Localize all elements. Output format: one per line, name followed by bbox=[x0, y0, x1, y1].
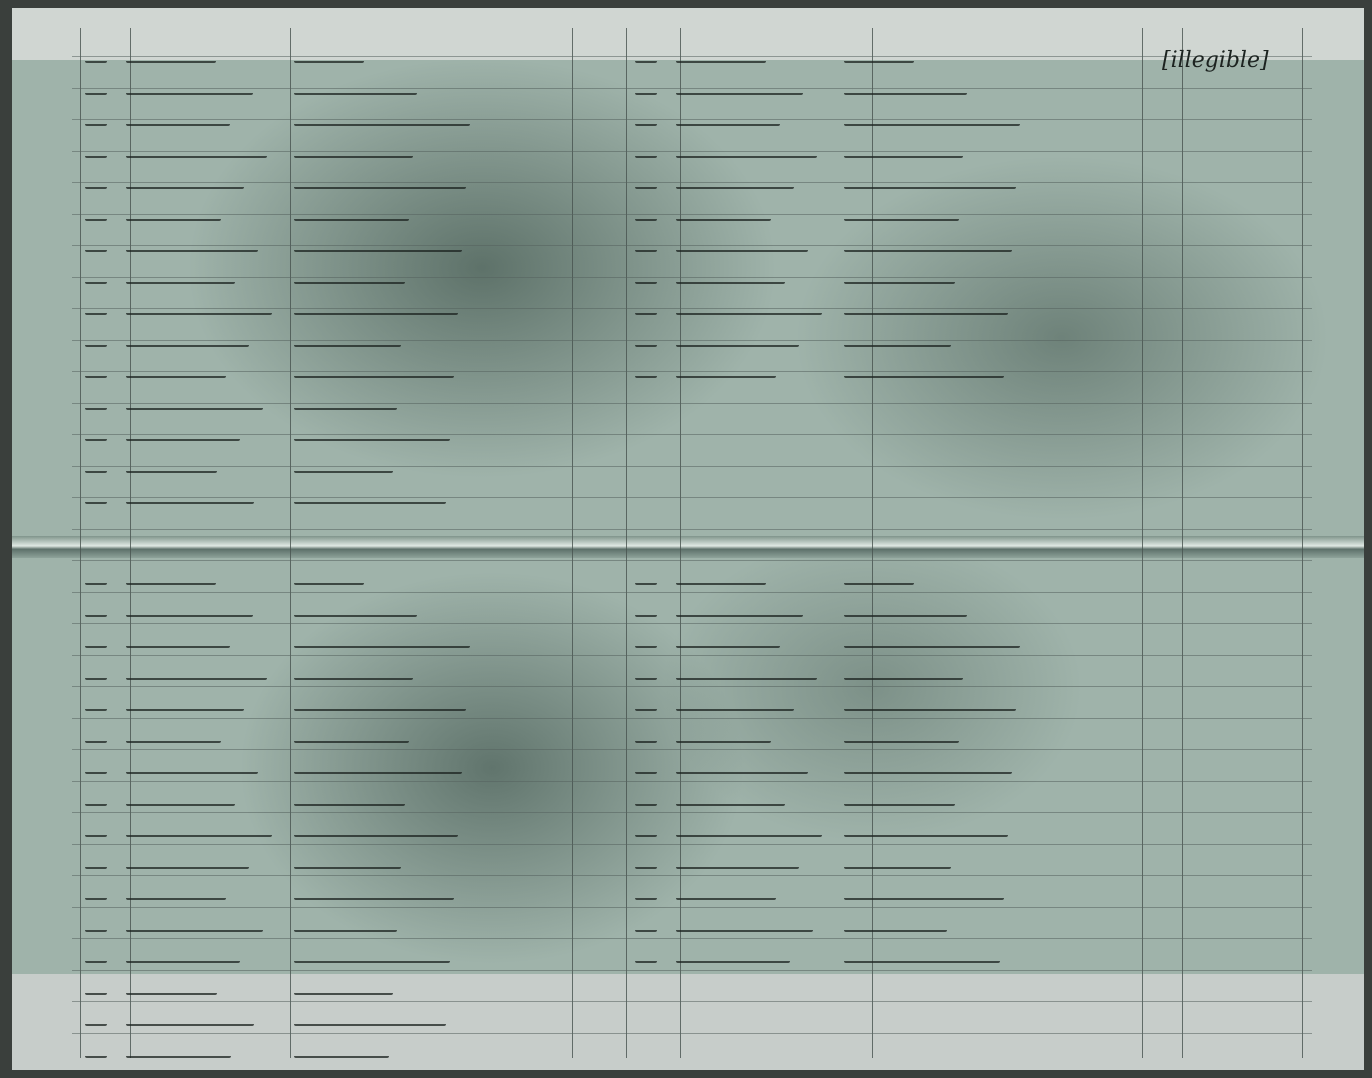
entry-note bbox=[286, 236, 484, 256]
entry-note bbox=[836, 173, 1034, 193]
entry-note bbox=[286, 331, 484, 351]
ledger-row bbox=[622, 168, 1034, 198]
entry-name bbox=[120, 173, 286, 193]
entry-name bbox=[670, 142, 836, 162]
entry-note bbox=[286, 695, 484, 715]
row-number bbox=[622, 853, 670, 873]
entry-note bbox=[286, 362, 484, 382]
ledger-row bbox=[72, 105, 484, 135]
ledger-row bbox=[622, 816, 1034, 846]
ledger-row bbox=[622, 42, 1034, 72]
entry-name bbox=[120, 758, 286, 778]
entry-note bbox=[286, 394, 484, 414]
row-number bbox=[72, 331, 120, 351]
ledger-row bbox=[622, 294, 1034, 324]
ledger-row bbox=[72, 911, 484, 941]
ledger-row bbox=[622, 627, 1034, 657]
row-number bbox=[72, 425, 120, 445]
ledger-row bbox=[72, 974, 484, 1004]
entry-note bbox=[286, 205, 484, 225]
entry-name bbox=[670, 268, 836, 288]
entry-name bbox=[120, 821, 286, 841]
entry-note bbox=[286, 727, 484, 747]
row-number bbox=[72, 236, 120, 256]
entry-name bbox=[120, 79, 286, 99]
entry-note bbox=[286, 790, 484, 810]
entry-note bbox=[286, 758, 484, 778]
entry-name bbox=[670, 362, 836, 382]
ledger-row bbox=[622, 722, 1034, 752]
row-number bbox=[72, 853, 120, 873]
ledger-row bbox=[72, 452, 484, 482]
ledger-row bbox=[72, 326, 484, 356]
row-number bbox=[622, 299, 670, 319]
ledger-row bbox=[622, 942, 1034, 972]
row-number bbox=[72, 821, 120, 841]
ledger-row bbox=[622, 596, 1034, 626]
entry-note bbox=[286, 299, 484, 319]
ledger-row bbox=[72, 659, 484, 689]
entry-name bbox=[120, 790, 286, 810]
ledger-row bbox=[72, 200, 484, 230]
row-number bbox=[622, 790, 670, 810]
entry-name bbox=[120, 268, 286, 288]
row-number bbox=[72, 173, 120, 193]
entry-note bbox=[286, 569, 484, 589]
row-number bbox=[72, 110, 120, 130]
entry-name bbox=[670, 79, 836, 99]
entry-name bbox=[120, 205, 286, 225]
entry-name bbox=[670, 331, 836, 351]
entry-note bbox=[836, 569, 1034, 589]
entry-name bbox=[670, 695, 836, 715]
row-number bbox=[72, 979, 120, 999]
row-number bbox=[622, 947, 670, 967]
entry-name bbox=[120, 425, 286, 445]
entry-note bbox=[836, 821, 1034, 841]
row-number bbox=[622, 632, 670, 652]
row-number bbox=[622, 110, 670, 130]
ledger-row bbox=[72, 294, 484, 324]
entry-note bbox=[286, 853, 484, 873]
ledger-row bbox=[72, 1005, 484, 1035]
ledger-row bbox=[622, 231, 1034, 261]
entry-note bbox=[286, 110, 484, 130]
entry-note bbox=[836, 205, 1034, 225]
row-number bbox=[72, 664, 120, 684]
row-number bbox=[622, 821, 670, 841]
ledger-row bbox=[72, 690, 484, 720]
entry-name bbox=[120, 664, 286, 684]
entry-note bbox=[836, 758, 1034, 778]
ledger-row bbox=[72, 483, 484, 513]
ledger-row bbox=[72, 627, 484, 657]
entry-note bbox=[286, 457, 484, 477]
entry-name bbox=[670, 664, 836, 684]
ledger-row bbox=[72, 357, 484, 387]
entry-note bbox=[836, 727, 1034, 747]
row-number bbox=[622, 916, 670, 936]
fold-crease bbox=[12, 536, 1364, 558]
entry-name bbox=[120, 362, 286, 382]
entry-note bbox=[286, 884, 484, 904]
entry-note bbox=[286, 1042, 484, 1062]
ledger-row bbox=[72, 753, 484, 783]
entry-name bbox=[670, 727, 836, 747]
row-number bbox=[72, 632, 120, 652]
entry-name bbox=[670, 821, 836, 841]
ledger-row bbox=[72, 74, 484, 104]
row-number bbox=[72, 1010, 120, 1030]
entry-note bbox=[286, 821, 484, 841]
entry-note bbox=[286, 268, 484, 288]
ledger-row bbox=[622, 564, 1034, 594]
row-number bbox=[622, 664, 670, 684]
entry-name bbox=[120, 884, 286, 904]
entry-note bbox=[836, 632, 1034, 652]
entry-name bbox=[670, 632, 836, 652]
row-number bbox=[72, 758, 120, 778]
entry-name bbox=[120, 1042, 286, 1062]
entry-name bbox=[120, 457, 286, 477]
ledger-row bbox=[72, 785, 484, 815]
entry-note bbox=[836, 331, 1034, 351]
entry-name bbox=[120, 236, 286, 256]
entry-name bbox=[120, 394, 286, 414]
entry-name bbox=[120, 142, 286, 162]
row-number bbox=[72, 916, 120, 936]
ledger-row bbox=[622, 690, 1034, 720]
page-mark: [illegible] bbox=[1162, 48, 1269, 73]
ledger-row bbox=[622, 848, 1034, 878]
entry-name bbox=[670, 790, 836, 810]
row-number bbox=[622, 79, 670, 99]
row-number bbox=[72, 884, 120, 904]
ledger-row bbox=[72, 263, 484, 293]
ledger-row bbox=[72, 848, 484, 878]
entry-note bbox=[836, 268, 1034, 288]
entry-note bbox=[286, 425, 484, 445]
entry-name bbox=[120, 632, 286, 652]
ledger-row bbox=[72, 564, 484, 594]
entry-name bbox=[670, 47, 836, 67]
entry-note bbox=[836, 110, 1034, 130]
entry-name bbox=[120, 727, 286, 747]
entry-name bbox=[670, 916, 836, 936]
row-number bbox=[622, 758, 670, 778]
ledger-row bbox=[72, 942, 484, 972]
entry-note bbox=[836, 790, 1034, 810]
ledger-row bbox=[72, 879, 484, 909]
row-number bbox=[72, 695, 120, 715]
ledger-row bbox=[72, 1037, 484, 1067]
ledger-row bbox=[72, 722, 484, 752]
row-number bbox=[72, 394, 120, 414]
entry-note bbox=[836, 601, 1034, 621]
entry-note bbox=[286, 979, 484, 999]
row-number bbox=[72, 488, 120, 508]
ledger-row bbox=[622, 753, 1034, 783]
row-number bbox=[622, 205, 670, 225]
entry-note bbox=[836, 299, 1034, 319]
ledger-row bbox=[72, 231, 484, 261]
row-number bbox=[622, 173, 670, 193]
ledger-row bbox=[622, 879, 1034, 909]
entry-name bbox=[120, 916, 286, 936]
entry-note bbox=[836, 695, 1034, 715]
row-number bbox=[72, 362, 120, 382]
row-number bbox=[72, 1042, 120, 1062]
entry-note bbox=[836, 47, 1034, 67]
entry-name bbox=[120, 299, 286, 319]
entry-note bbox=[286, 601, 484, 621]
ledger-row bbox=[622, 785, 1034, 815]
row-number bbox=[622, 601, 670, 621]
row-number bbox=[72, 601, 120, 621]
entry-name bbox=[120, 947, 286, 967]
entry-name bbox=[670, 601, 836, 621]
entry-name bbox=[670, 173, 836, 193]
entry-note bbox=[836, 947, 1034, 967]
entry-name bbox=[670, 299, 836, 319]
row-number bbox=[72, 47, 120, 67]
row-number bbox=[622, 47, 670, 67]
entry-note bbox=[286, 632, 484, 652]
entry-name bbox=[670, 236, 836, 256]
entry-name bbox=[120, 853, 286, 873]
ledger-row bbox=[72, 816, 484, 846]
entry-name bbox=[120, 110, 286, 130]
ledger-row bbox=[622, 105, 1034, 135]
row-number bbox=[72, 299, 120, 319]
ledger-row bbox=[72, 42, 484, 72]
entry-note bbox=[286, 488, 484, 508]
entry-note bbox=[286, 1010, 484, 1030]
ledger-row bbox=[622, 137, 1034, 167]
ledger-row bbox=[622, 74, 1034, 104]
entry-note bbox=[286, 916, 484, 936]
entry-note bbox=[836, 884, 1034, 904]
entry-note bbox=[286, 142, 484, 162]
entry-name bbox=[120, 601, 286, 621]
ledger-row bbox=[72, 596, 484, 626]
entry-note bbox=[836, 853, 1034, 873]
ledger-row bbox=[622, 911, 1034, 941]
entry-note bbox=[836, 916, 1034, 936]
entry-name bbox=[670, 853, 836, 873]
ledger-row bbox=[72, 389, 484, 419]
entry-name bbox=[120, 695, 286, 715]
row-number bbox=[72, 790, 120, 810]
entry-note bbox=[286, 664, 484, 684]
entry-name bbox=[670, 884, 836, 904]
entry-note bbox=[836, 236, 1034, 256]
ledger-row bbox=[622, 263, 1034, 293]
row-number bbox=[72, 268, 120, 288]
entry-name bbox=[670, 569, 836, 589]
row-number bbox=[622, 727, 670, 747]
entry-name bbox=[120, 1010, 286, 1030]
row-number bbox=[622, 236, 670, 256]
entry-note bbox=[836, 362, 1034, 382]
row-number bbox=[72, 947, 120, 967]
entry-note bbox=[836, 142, 1034, 162]
entry-note bbox=[286, 47, 484, 67]
row-number bbox=[622, 884, 670, 904]
entry-name bbox=[670, 947, 836, 967]
entry-name bbox=[120, 569, 286, 589]
ledger-row bbox=[72, 137, 484, 167]
entry-name bbox=[120, 488, 286, 508]
row-number bbox=[72, 457, 120, 477]
entry-note bbox=[286, 947, 484, 967]
row-number bbox=[622, 142, 670, 162]
entry-name bbox=[670, 205, 836, 225]
entry-name bbox=[120, 47, 286, 67]
row-number bbox=[622, 362, 670, 382]
row-number bbox=[72, 142, 120, 162]
row-number bbox=[72, 569, 120, 589]
ledger-row bbox=[622, 357, 1034, 387]
entry-name bbox=[120, 979, 286, 999]
row-number bbox=[622, 268, 670, 288]
row-number bbox=[72, 727, 120, 747]
row-number bbox=[622, 331, 670, 351]
entry-note bbox=[286, 79, 484, 99]
ledger-row bbox=[622, 200, 1034, 230]
entry-note bbox=[836, 664, 1034, 684]
ledger-row bbox=[72, 420, 484, 450]
ledger-row bbox=[622, 659, 1034, 689]
row-number bbox=[72, 79, 120, 99]
entry-name bbox=[670, 110, 836, 130]
ledger-row bbox=[622, 326, 1034, 356]
row-number bbox=[622, 695, 670, 715]
row-number bbox=[72, 205, 120, 225]
entry-name bbox=[120, 331, 286, 351]
entry-note bbox=[836, 79, 1034, 99]
ledger-row bbox=[72, 168, 484, 198]
entry-note bbox=[286, 173, 484, 193]
ledger-sheet: [illegible] bbox=[12, 8, 1364, 1070]
entry-name bbox=[670, 758, 836, 778]
row-number bbox=[622, 569, 670, 589]
